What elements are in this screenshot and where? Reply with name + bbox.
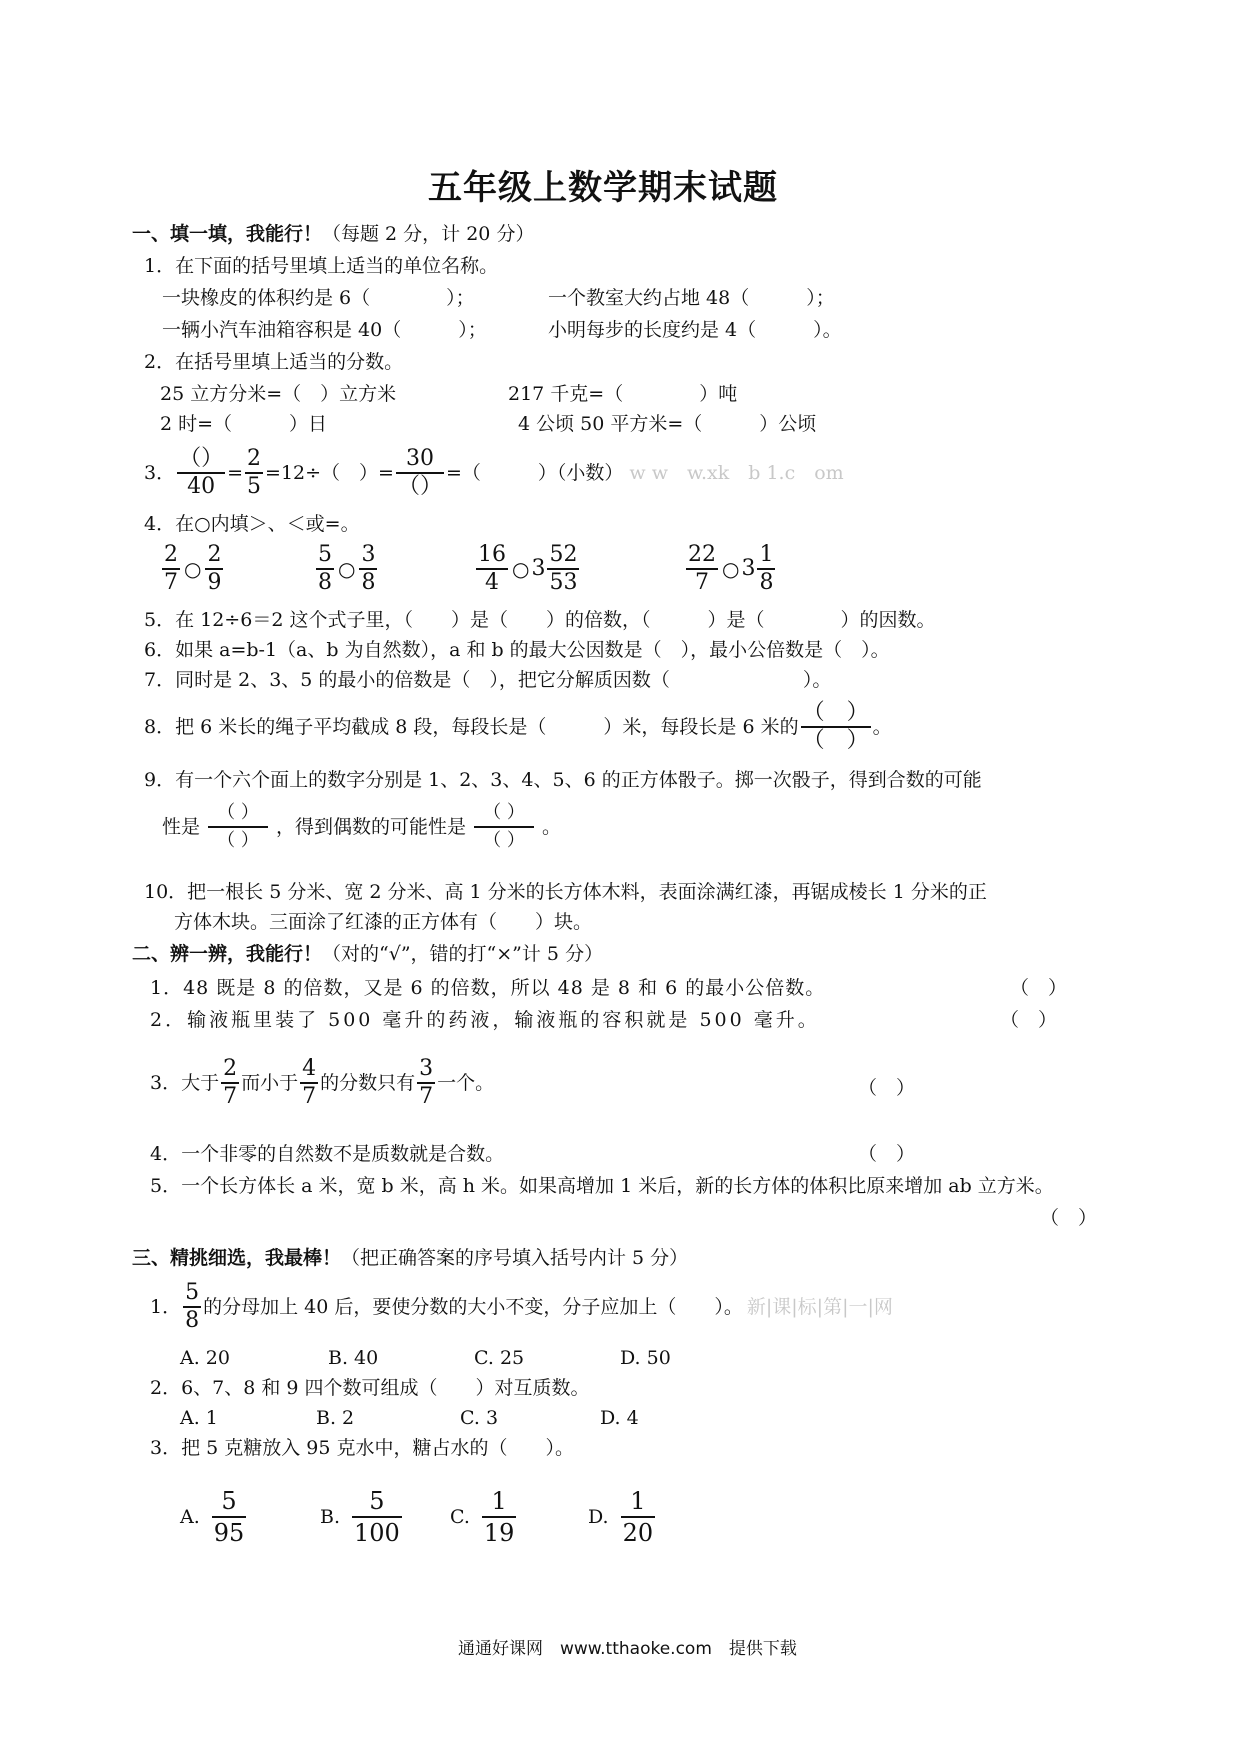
section-3-heading: 三、精挑细选，我最棒！（把正确答案的序号填入括号内计 5 分）: [132, 1246, 688, 1270]
numerator: 3: [417, 1056, 435, 1082]
denominator: 8: [316, 570, 334, 596]
section-2-heading-note: （对的“√”，错的打“×”计 5 分）: [322, 943, 603, 965]
s1-q3: 3． （）40 = 25 =12÷（ ）= 30（） =（ ）（小数） w w …: [144, 446, 844, 500]
s2-q2-answer-blank[interactable]: （ ）: [1000, 1008, 1057, 1032]
s3-q1-option-d: D. 50: [620, 1346, 671, 1370]
numerator: 1: [757, 542, 775, 568]
s2-q2: 2．输液瓶里装了 500 毫升的药液，输液瓶的容积就是 500 毫升。: [150, 1008, 820, 1032]
denominator: （ ）: [481, 828, 527, 854]
option-label: B.: [320, 1505, 340, 1529]
option-label: A.: [180, 1505, 200, 1529]
s1-q3-fraction-2: 25: [245, 446, 263, 500]
s1-q1-c: 一辆小汽车油箱容积是 40（ ）；: [162, 318, 487, 342]
watermark-text: w w w.xk b 1.c om: [629, 461, 843, 485]
page-title: 五年级上数学期末试题: [428, 160, 778, 209]
s3-q1-option-c: C. 25: [474, 1346, 524, 1370]
denominator: 8: [359, 570, 377, 596]
s2-q3-mid2: 的分数只有: [320, 1071, 415, 1095]
compare-circle[interactable]: ○: [338, 557, 355, 581]
s1-q1-b: 一个教室大约占地 48（ ）；: [548, 286, 835, 310]
denominator: 7: [221, 1084, 239, 1110]
s1-q2-c: 2 时=（ ）日: [160, 412, 327, 436]
numerator: 5: [183, 1280, 201, 1306]
numerator: （ ）: [481, 800, 527, 826]
denominator: 7: [162, 570, 180, 596]
s3-q3-option-b: B. 5100: [320, 1486, 404, 1548]
option-label: D.: [588, 1505, 609, 1529]
denominator: 20: [621, 1518, 656, 1548]
s1-q7: 7．同时是 2、3、5 的最小的倍数是（ ），把它分解质因数（ ）。: [144, 668, 831, 692]
s3-q1: 1． 58 的分母加上 40 后，要使分数的大小不变，分子应加上（ ）。 新|课…: [150, 1280, 893, 1334]
s3-q1-text: 的分母加上 40 后，要使分数的大小不变，分子应加上（ ）。: [203, 1295, 743, 1319]
whole-number: 3: [741, 557, 755, 581]
compare-circle[interactable]: ○: [512, 557, 529, 581]
numerator: 5: [367, 1486, 386, 1516]
s2-q4-answer-blank[interactable]: （ ）: [858, 1142, 915, 1166]
denominator: 7: [693, 570, 711, 596]
s1-q9-prefix: 性是: [162, 815, 200, 839]
section-2-heading: 二、辨一辨，我能行！（对的“√”，错的打“×”计 5 分）: [132, 942, 603, 966]
denominator: 7: [300, 1084, 318, 1110]
numerator: 52: [547, 542, 579, 568]
denominator: 9: [205, 570, 223, 596]
denominator: 95: [212, 1518, 247, 1548]
option-label: C.: [450, 1505, 470, 1529]
s3-q2-option-b: B. 2: [316, 1406, 354, 1430]
s1-q1-a: 一块橡皮的体积约是 6（ ）；: [162, 286, 475, 310]
s1-q3-tail: =（ ）（小数）: [446, 461, 623, 485]
s3-q1-num: 1．: [150, 1295, 181, 1319]
s2-q1-answer-blank[interactable]: （ ）: [1010, 976, 1067, 1000]
s3-q3-option-c: C. 119: [450, 1486, 518, 1548]
numerator: （）: [177, 446, 225, 472]
section-1-heading: 一、填一填，我能行！（每题 2 分，计 20 分）: [132, 222, 534, 246]
s2-q5-answer-blank[interactable]: （ ）: [1040, 1206, 1097, 1230]
numerator: 30: [404, 446, 436, 472]
s1-q4-item-1: 27 ○ 29: [160, 542, 225, 596]
s1-q1-stem: 1．在下面的括号里填上适当的单位名称。: [144, 254, 498, 278]
equals: =: [227, 461, 243, 485]
s3-q1-option-a: A. 20: [180, 1346, 230, 1370]
s2-q5: 5．一个长方体长 a 米，宽 b 米，高 h 米。如果高增加 1 米后，新的长方…: [150, 1174, 1054, 1198]
numerator: 16: [476, 542, 508, 568]
s1-q5: 5．在 12÷6＝2 这个式子里，（ ）是（ ）的倍数，（ ）是（ ）的因数。: [144, 608, 935, 632]
s2-q3-end: 一个。: [437, 1071, 494, 1095]
numerator: 5: [316, 542, 334, 568]
denominator: 100: [352, 1518, 402, 1548]
s1-q10-line1: 10．把一根长 5 分米、宽 2 分米、高 1 分米的长方体木料，表面涂满红漆，…: [144, 880, 987, 904]
s1-q2-stem: 2．在括号里填上适当的分数。: [144, 350, 403, 374]
s1-q3-num: 3．: [144, 461, 175, 485]
s1-q4-stem: 4．在○内填＞、＜或=。: [144, 512, 360, 536]
denominator: 5: [245, 474, 263, 500]
s1-q2-a: 25 立方分米=（ ）立方米: [160, 382, 396, 406]
denominator: 4: [483, 570, 501, 596]
numerator: 2: [162, 542, 180, 568]
denominator: 40: [185, 474, 217, 500]
s2-q3-pre: 3．大于: [150, 1071, 219, 1095]
denominator: （）: [396, 474, 444, 500]
s3-q2-option-a: A. 1: [180, 1406, 218, 1430]
denominator: 19: [482, 1518, 517, 1548]
s3-q2-option-c: C. 3: [460, 1406, 498, 1430]
numerator: 4: [300, 1056, 318, 1082]
compare-circle[interactable]: ○: [722, 557, 739, 581]
s1-q3-fraction-1: （）40: [177, 446, 225, 500]
section-2-heading-bold: 二、辨一辨，我能行！: [132, 943, 322, 965]
denominator: （ ）: [801, 728, 871, 754]
numerator: 1: [628, 1486, 647, 1516]
s1-q6: 6．如果 a=b-1（a、b 为自然数），a 和 b 的最大公因数是（ ），最小…: [144, 638, 890, 662]
s2-q4: 4．一个非零的自然数不是质数就是合数。: [150, 1142, 504, 1166]
s3-q1-option-b: B. 40: [328, 1346, 378, 1370]
s3-q3-option-d: D. 120: [588, 1486, 657, 1548]
denominator: 8: [757, 570, 775, 596]
s1-q9-mid: ，得到偶数的可能性是: [276, 815, 466, 839]
numerator: 1: [490, 1486, 509, 1516]
denominator: 53: [547, 570, 579, 596]
s1-q2-b: 217 千克=（ ）吨: [508, 382, 737, 406]
s1-q3-mid: =12÷（ ）=: [265, 461, 394, 485]
section-1-heading-note: （每题 2 分，计 20 分）: [322, 223, 534, 245]
section-3-heading-bold: 三、精挑细选，我最棒！: [132, 1247, 341, 1269]
s1-q1-d: 小明每步的长度约是 4（ ）。: [548, 318, 842, 342]
numerator: 2: [205, 542, 223, 568]
s2-q3-answer-blank[interactable]: （ ）: [858, 1076, 915, 1100]
s1-q8-text: 8．把 6 米长的绳子平均截成 8 段，每段长是（ ）米，每段长是 6 米的: [144, 715, 799, 739]
denominator: 7: [417, 1084, 435, 1110]
watermark-text: 新|课|标|第|一|网: [747, 1295, 893, 1319]
section-1-heading-bold: 一、填一填，我能行！: [132, 223, 322, 245]
s3-q2: 2．6、7、8 和 9 四个数可组成（ ）对互质数。: [150, 1376, 590, 1400]
s1-q9-line2: 性是 （ ）（ ） ，得到偶数的可能性是 （ ）（ ） 。: [162, 800, 561, 854]
s1-q2-d: 4 公顷 50 平方米=（ ）公顷: [518, 412, 816, 436]
s1-q3-fraction-3: 30（）: [396, 446, 444, 500]
s3-q3-option-a: A. 595: [180, 1486, 248, 1548]
numerator: （ ）: [215, 800, 261, 826]
s1-q4-item-2: 58 ○ 38: [314, 542, 379, 596]
numerator: 22: [686, 542, 718, 568]
s1-q10-line2: 方体木块。三面涂了红漆的正方体有（ ）块。: [174, 910, 592, 934]
numerator: （ ）: [801, 700, 871, 726]
numerator: 2: [245, 446, 263, 472]
s1-q4-item-3: 164 ○ 3 5253: [474, 542, 581, 596]
compare-circle[interactable]: ○: [184, 557, 201, 581]
whole-number: 3: [531, 557, 545, 581]
footer-credit: 通通好课网 www.tthaoke.com 提供下载: [458, 1634, 797, 1659]
s1-q4-item-4: 227 ○ 3 18: [684, 542, 777, 596]
numerator: 2: [221, 1056, 239, 1082]
s3-q3: 3．把 5 克糖放入 95 克水中，糖占水的（ ）。: [150, 1436, 574, 1460]
period: 。: [873, 715, 892, 739]
s1-q8: 8．把 6 米长的绳子平均截成 8 段，每段长是（ ）米，每段长是 6 米的 （…: [144, 700, 892, 754]
s2-q3-mid: 而小于: [241, 1071, 298, 1095]
s3-q2-option-d: D. 4: [600, 1406, 639, 1430]
section-3-heading-note: （把正确答案的序号填入括号内计 5 分）: [341, 1247, 688, 1269]
numerator: 3: [359, 542, 377, 568]
numerator: 5: [219, 1486, 238, 1516]
s2-q1: 1．48 既是 8 的倍数，又是 6 的倍数，所以 48 是 8 和 6 的最小…: [150, 976, 825, 1000]
period: 。: [542, 815, 561, 839]
denominator: （ ）: [215, 828, 261, 854]
s1-q9-line1: 9．有一个六个面上的数字分别是 1、2、3、4、5、6 的正方体骰子。掷一次骰子…: [144, 768, 982, 792]
denominator: 8: [183, 1308, 201, 1334]
s2-q3: 3．大于 27 而小于 47 的分数只有 37 一个。: [150, 1056, 494, 1110]
